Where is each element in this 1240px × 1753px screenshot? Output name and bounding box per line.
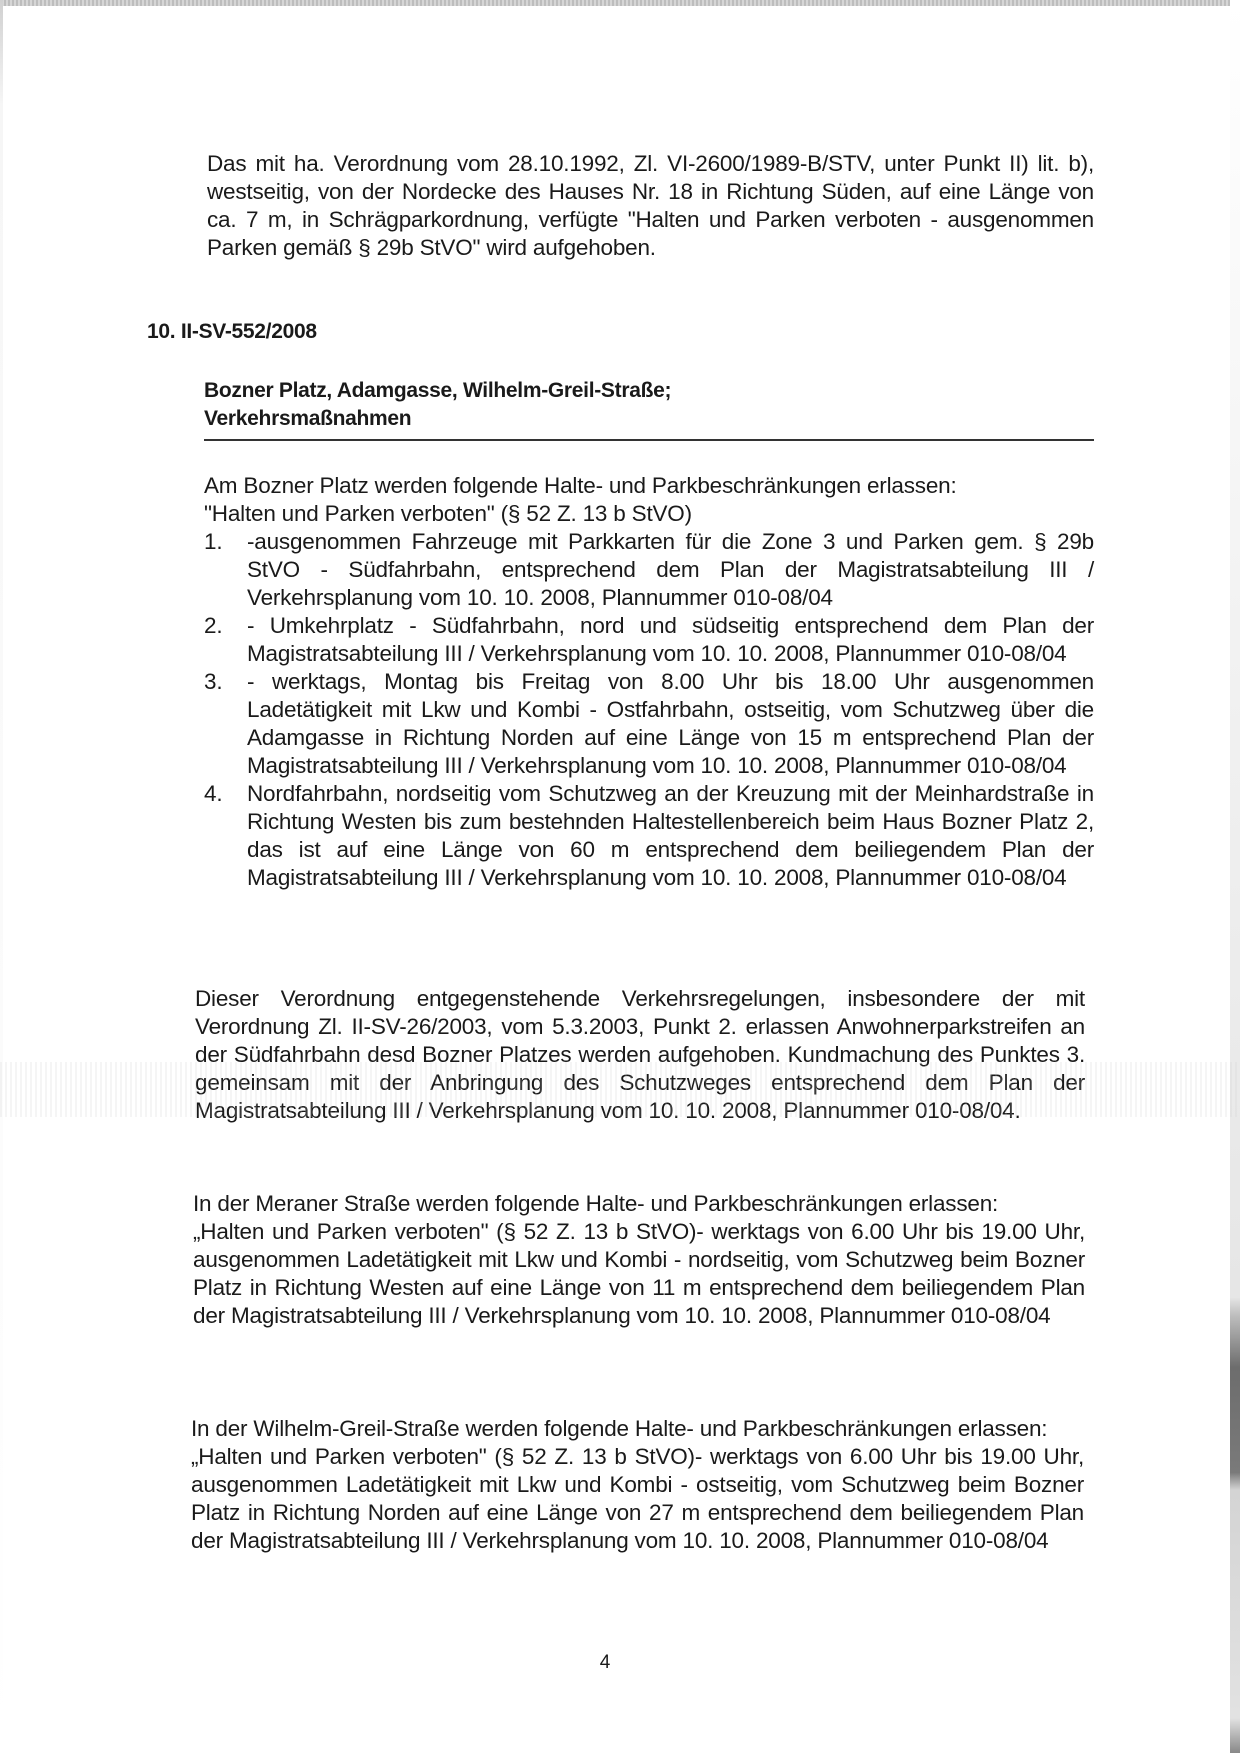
list-item-text: Nordfahrbahn, nordseitig vom Schutzweg a… [247, 781, 1094, 890]
section-number: 10. II-SV-552/2008 [147, 320, 317, 344]
page-number: 4 [0, 1652, 1210, 1674]
bozner-intro-line-1: Am Bozner Platz werden folgende Halte- u… [204, 472, 1094, 500]
bozner-intro-line-2: "Halten und Parken verboten" (§ 52 Z. 13… [204, 500, 1094, 528]
wilhelm-line-1: In der Wilhelm-Greil-Straße werden folge… [191, 1415, 1084, 1443]
list-item-text: -ausgenommen Fahrzeuge mit Parkkarten fü… [247, 529, 1094, 610]
list-item-number: 2. [204, 612, 222, 640]
list-item-number: 1. [204, 528, 222, 556]
repeal-paragraph: Dieser Verordnung entgegenstehende Verke… [195, 985, 1085, 1125]
section-title-line-2: Verkehrsmaßnahmen [204, 405, 1094, 433]
section-title-line-1: Bozner Platz, Adamgasse, Wilhelm-Greil-S… [204, 377, 1094, 405]
list-item: 3. - werktags, Montag bis Freitag von 8.… [204, 668, 1094, 780]
document-page: Das mit ha. Verordnung vom 28.10.1992, Z… [0, 0, 1240, 1753]
list-item-number: 3. [204, 668, 222, 696]
meraner-strasse-paragraph: In der Meraner Straße werden folgende Ha… [193, 1190, 1085, 1330]
list-item-number: 4. [204, 780, 222, 808]
meraner-line-1: In der Meraner Straße werden folgende Ha… [193, 1190, 1085, 1218]
list-item: 1. -ausgenommen Fahrzeuge mit Parkkarten… [204, 528, 1094, 612]
list-item: 2. - Umkehrplatz - Südfahrbahn, nord und… [204, 612, 1094, 668]
list-item: 4. Nordfahrbahn, nordseitig vom Schutzwe… [204, 780, 1094, 892]
section-title: Bozner Platz, Adamgasse, Wilhelm-Greil-S… [204, 377, 1094, 441]
list-item-text: - werktags, Montag bis Freitag von 8.00 … [247, 669, 1094, 778]
bozner-platz-intro: Am Bozner Platz werden folgende Halte- u… [204, 472, 1094, 528]
wilhelm-line-2: „Halten und Parken verboten" (§ 52 Z. 13… [191, 1443, 1084, 1555]
measures-list: 1. -ausgenommen Fahrzeuge mit Parkkarten… [204, 528, 1094, 892]
meraner-line-2: „Halten und Parken verboten" (§ 52 Z. 13… [193, 1218, 1085, 1330]
intro-paragraph: Das mit ha. Verordnung vom 28.10.1992, Z… [207, 150, 1094, 262]
wilhelm-greil-strasse-paragraph: In der Wilhelm-Greil-Straße werden folge… [191, 1415, 1084, 1555]
list-item-text: - Umkehrplatz - Südfahrbahn, nord und sü… [247, 613, 1094, 666]
